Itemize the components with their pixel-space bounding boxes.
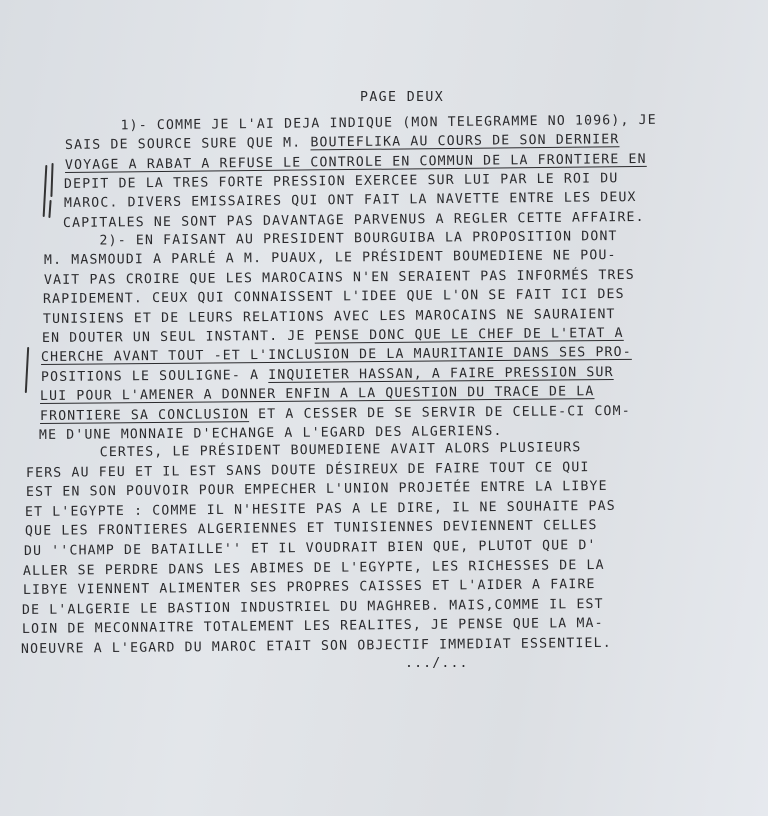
underlined-text: FRONTIERE SA CONCLUSION	[40, 407, 249, 424]
underlined-text: BOUTEFLIKA AU COURS DE SON DERNIER	[311, 132, 620, 150]
continuation-mark: .../...	[405, 655, 469, 673]
underlined-text: VOYAGE A RABAT A REFUSE LE CONTROLE EN C…	[65, 152, 647, 173]
margin-mark-left	[50, 163, 53, 197]
underlined-text: CHERCHE AVANT TOUT -ET L'INCLUSION DE LA…	[41, 345, 632, 365]
text-line: LUI POUR L'AMENER A DONNER ENFIN A LA QU…	[40, 383, 595, 406]
margin-mark-left	[25, 347, 29, 393]
typewritten-page: PAGE DEUX 1)- COMME JE L'AI DEJA INDIQUE…	[0, 0, 768, 816]
underlined-text: PENSE DONC QUE LE CHEF DE L'ETAT A	[315, 326, 624, 344]
underlined-text: LUI POUR L'AMENER A DONNER ENFIN A LA QU…	[40, 384, 595, 404]
page-title: PAGE DEUX	[360, 89, 444, 107]
text-line: NOEUVRE A L'EGARD DU MAROC ETAIT SON OBJ…	[21, 635, 612, 659]
underlined-text: INQUIETER HASSAN, A FAIRE PRESSION SUR	[268, 365, 614, 383]
margin-mark-left	[48, 200, 51, 218]
text-line: FRONTIERE SA CONCLUSION ET A CESSER DE S…	[40, 402, 631, 425]
margin-mark-left	[43, 165, 48, 217]
